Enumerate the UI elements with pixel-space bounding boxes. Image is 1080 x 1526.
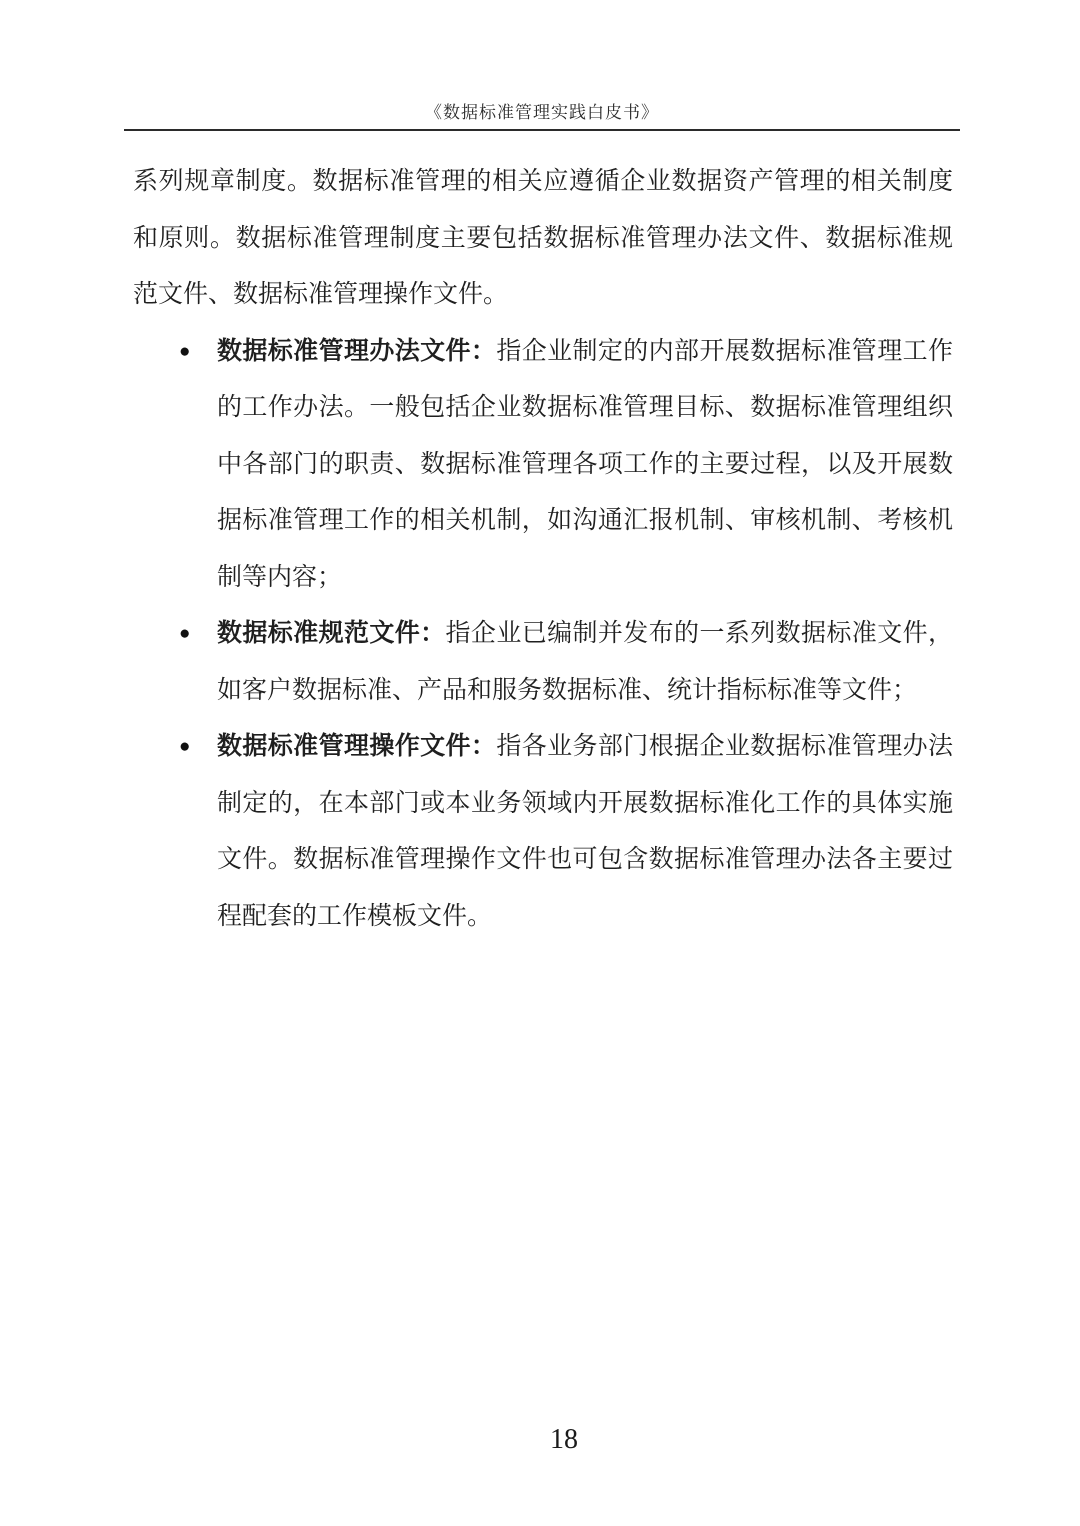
bullet-icon: ● [179,719,190,776]
bullet-list: ●数据标准管理办法文件：指企业制定的内部开展数据标准管理工作的工作办法。一般包括… [133,324,953,946]
document-page: 《数据标准管理实践白皮书》 系列规章制度。数据标准管理的相关应遵循企业数据资产管… [0,0,1080,1526]
list-item: ●数据标准管理操作文件：指各业务部门根据企业数据标准管理办法制定的，在本部门或本… [133,719,953,945]
page-number: 18 [24,1424,1080,1456]
opening-paragraph: 系列规章制度。数据标准管理的相关应遵循企业数据资产管理的相关制度和原则。数据标准… [133,154,953,324]
bullet-item-title: 数据标准管理办法文件： [217,338,496,365]
bullet-item-body: 指各业务部门根据企业数据标准管理办法制定的，在本部门或本业务领域内开展数据标准化… [217,733,953,930]
page-header: 《数据标准管理实践白皮书》 [124,98,960,131]
list-item: ●数据标准规范文件：指企业已编制并发布的一系列数据标准文件，如客户数据标准、产品… [133,606,953,719]
page-content: 系列规章制度。数据标准管理的相关应遵循企业数据资产管理的相关制度和原则。数据标准… [133,154,953,945]
bullet-item-title: 数据标准管理操作文件： [217,733,496,760]
bullet-item-body: 指企业制定的内部开展数据标准管理工作的工作办法。一般包括企业数据标准管理目标、数… [217,338,953,591]
list-item: ●数据标准管理办法文件：指企业制定的内部开展数据标准管理工作的工作办法。一般包括… [133,324,953,607]
bullet-icon: ● [179,606,190,663]
bullet-item-title: 数据标准规范文件： [217,620,446,647]
bullet-icon: ● [179,324,190,381]
document-title: 《数据标准管理实践白皮书》 [425,103,659,122]
